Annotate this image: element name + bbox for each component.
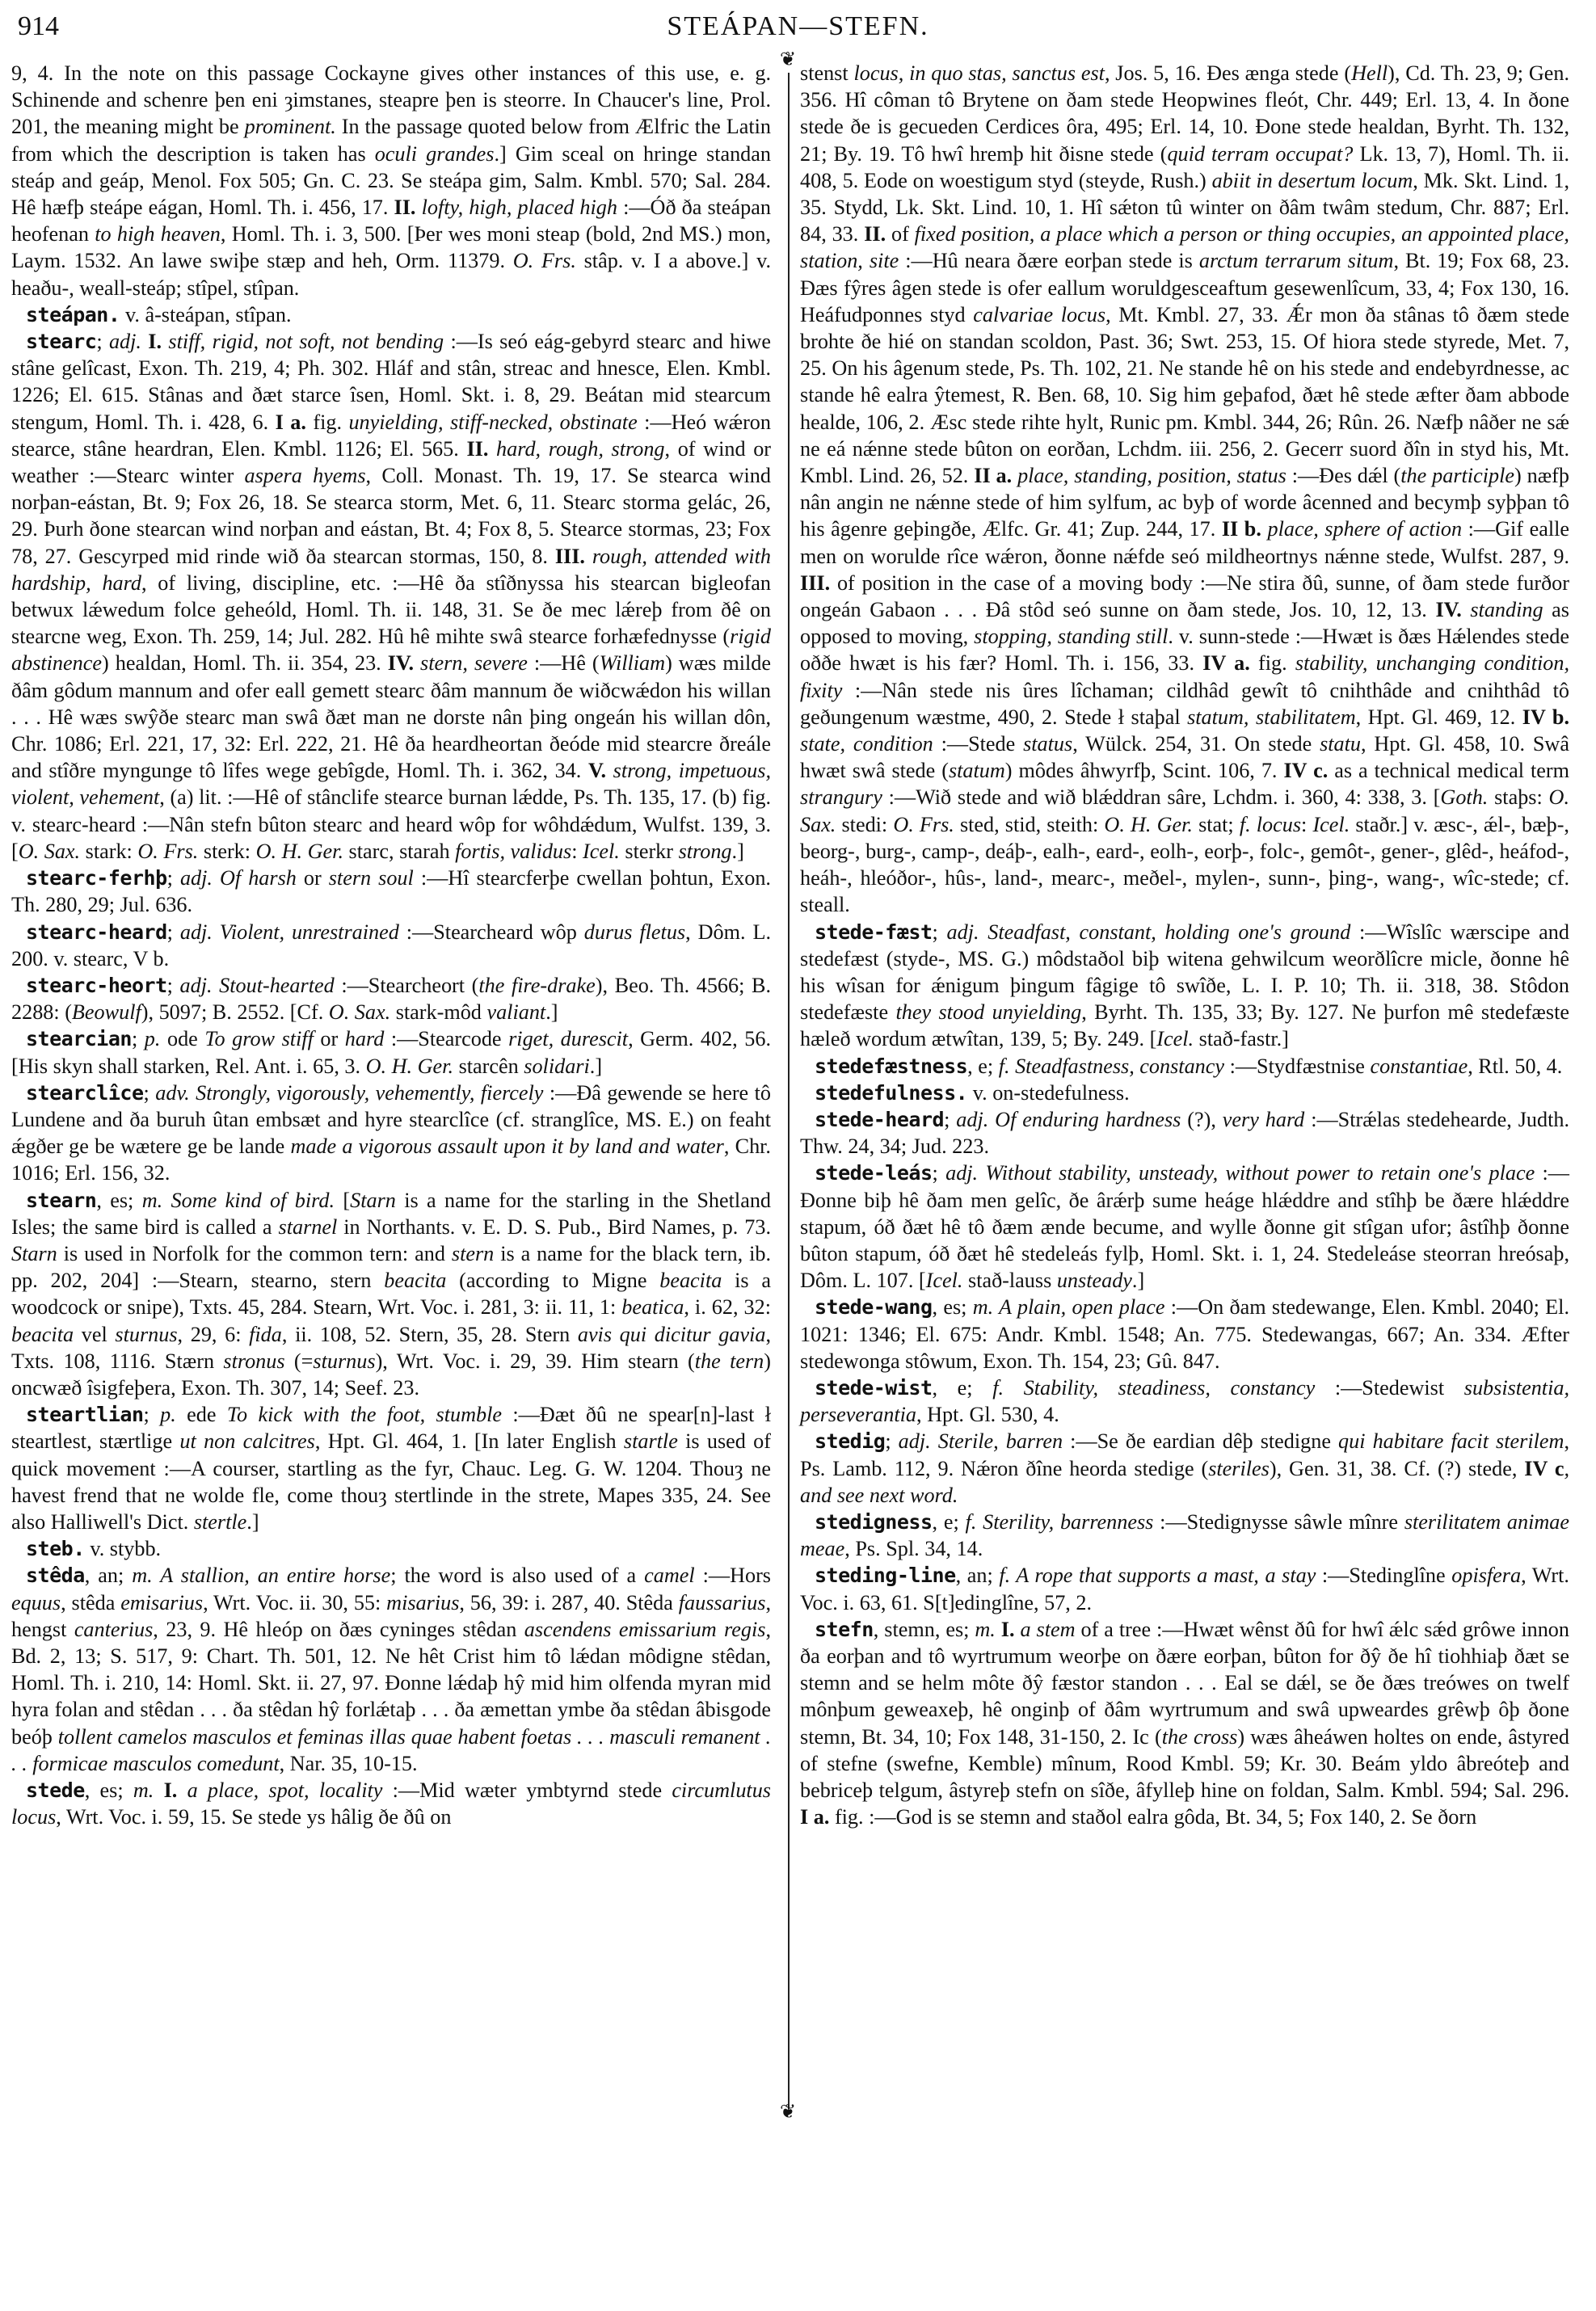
italic-gloss: stern (452, 1242, 494, 1265)
italic-gloss: riget, durescit (508, 1027, 628, 1050)
left-column: 9, 4. In the note on this passage Cockay… (11, 60, 771, 1830)
dictionary-entry: stefn, stemn, es; m. I. a stem of a tree… (800, 1616, 1569, 1831)
sense-number: I a. (800, 1805, 835, 1829)
entry-text: stark-môd (390, 1000, 486, 1024)
dictionary-entry: stedig; adj. Sterile, barren :—Se ðe ear… (800, 1428, 1569, 1509)
entry-text: , Rtl. 50, 4. (1468, 1054, 1562, 1078)
headword: stedefæstness (815, 1054, 967, 1078)
italic-gloss: ascendens emissarium regis (524, 1618, 766, 1641)
italic-gloss: stopping, standing still (974, 625, 1168, 648)
italic-gloss: unyielding, stiff-necked, obstinate (348, 410, 637, 434)
italic-gloss: oculi grandes (375, 142, 495, 166)
italic-gloss: adj. (109, 330, 141, 353)
entry-text: , Wülck. 254, 31. On stede (1072, 732, 1320, 756)
dictionary-entry: steding-line, an; f. A rope that support… (800, 1562, 1569, 1615)
italic-gloss: m. A stallion, an entire horse (132, 1564, 390, 1587)
italic-gloss: startle (624, 1429, 678, 1453)
italic-gloss: the cross (1162, 1725, 1238, 1749)
headword: stedig (815, 1429, 885, 1453)
italic-gloss: stronus (223, 1349, 284, 1373)
entry-text: ) môdes âhwyrfþ, Scint. 106, 7. (1005, 759, 1284, 782)
dictionary-entry: stede, es; m. I. a place, spot, locality… (11, 1777, 771, 1830)
dictionary-entry: stearc; adj. I. stiff, rigid, not soft, … (11, 328, 771, 865)
italic-gloss: f. locus (1240, 813, 1301, 836)
entry-text: :—Ðes dǽl ( (1286, 464, 1400, 487)
entry-text: is used in Norfolk for the common tern: … (57, 1242, 452, 1265)
dictionary-entry: stede-leás; adj. Without stability, unst… (800, 1160, 1569, 1294)
sense-number: II a. (974, 464, 1017, 487)
entry-text: , 23, 9. Hê hleóp on ðæs cyninges stêdan (153, 1618, 524, 1641)
entry-text: fig. :—God is se stemn and staðol ealra … (835, 1805, 1476, 1829)
sense-number: I. (148, 330, 168, 353)
entry-text: stað-fastr.] (1194, 1027, 1289, 1050)
italic-gloss: abiit in desertum locum (1212, 169, 1413, 192)
italic-gloss: the fire-drake (478, 974, 595, 997)
dictionary-entry: stede-wang, es; m. A plain, open place :… (800, 1294, 1569, 1374)
italic-gloss: prominent. (245, 115, 336, 138)
headword: stearcian (26, 1027, 132, 1050)
italic-gloss: status (1023, 732, 1072, 756)
column-ornament-bottom-icon: ❦ (780, 2103, 796, 2122)
column-divider (788, 73, 790, 2109)
headword: steápan. (26, 303, 120, 326)
entry-text: :—Hors (695, 1564, 771, 1587)
italic-gloss: To kick with the foot, stumble (227, 1403, 502, 1426)
italic-gloss: beacita (11, 1323, 74, 1346)
dictionary-entry: steb. v. stybb. (11, 1535, 771, 1562)
entry-text: , Jos. 5, 16. Ðes ænga stede ( (1105, 61, 1351, 85)
sense-number: IV a. (1202, 651, 1258, 675)
dictionary-entry: stedefulness. v. on-stedefulness. (800, 1080, 1569, 1106)
italic-gloss: emisarius (120, 1591, 203, 1614)
entry-text: , e; (933, 1510, 966, 1534)
entry-text: , e; (967, 1054, 999, 1078)
headword: stede-wang (815, 1295, 933, 1319)
italic-gloss: made a vigorous assault upon it by land … (290, 1134, 723, 1158)
headword: stedigness (815, 1510, 933, 1534)
entry-text: , Hpt. Gl. 464, 1. [In later English (315, 1429, 624, 1453)
entry-text: , Hpt. Gl. 469, 12. (1356, 705, 1522, 729)
entry-text: , e; (933, 1376, 993, 1400)
headword: stearclîce (26, 1081, 144, 1105)
italic-gloss: sturnus (115, 1323, 177, 1346)
dictionary-entry: stearc-heort; adj. Stout-hearted :—Stear… (11, 972, 771, 1025)
dictionary-entry: stearcian; p. ode To grow stiff or hard … (11, 1025, 771, 1079)
italic-gloss: stertle (194, 1510, 246, 1534)
italic-gloss: Starn (11, 1242, 57, 1265)
italic-gloss: p. (145, 1027, 161, 1050)
entry-text: ), 5097; B. 2552. [Cf. (141, 1000, 329, 1024)
entry-continuation: 9, 4. In the note on this passage Cockay… (11, 60, 771, 301)
italic-gloss: faussarius (679, 1591, 766, 1614)
entry-text: stedi: (836, 813, 893, 836)
headword: stearc-ferhþ (26, 866, 167, 890)
entry-text: :—Stydfæstnise (1224, 1054, 1370, 1078)
entry-text: (= (285, 1349, 314, 1373)
italic-gloss: m. Some kind of bird. (142, 1189, 335, 1212)
sense-number: III. (800, 571, 837, 595)
italic-gloss: place, standing, position, status (1017, 464, 1286, 487)
dictionary-entry: stearclîce; adv. Strongly, vigorously, v… (11, 1080, 771, 1187)
entry-text: , Ps. Spl. 34, 14. (844, 1537, 983, 1560)
entry-text: :—Stearcheort ( (335, 974, 479, 997)
entry-text: ), Wrt. Voc. i. 29, 39. Him stearn ( (376, 1349, 695, 1373)
italic-gloss: fida (249, 1323, 282, 1346)
sense-number: I. (164, 1779, 187, 1802)
italic-gloss: lofty, high, placed high (422, 196, 617, 219)
italic-gloss: to high heaven (95, 222, 221, 246)
italic-gloss: f. Sterility, barrenness (966, 1510, 1154, 1534)
entry-text: ; (167, 974, 180, 997)
entry-text: fig. (1258, 651, 1295, 675)
sense-number: III. (555, 545, 592, 568)
italic-gloss: strangury (800, 785, 882, 809)
entry-text: ede (176, 1403, 227, 1426)
italic-gloss: Beowulf (72, 1000, 141, 1024)
entry-text: .] (246, 1510, 259, 1534)
italic-gloss: O. H. Ger. (1104, 813, 1193, 836)
italic-gloss: To grow stiff (204, 1027, 314, 1050)
entry-text: , ii. 108, 52. Stern, 35, 28. Stern (282, 1323, 578, 1346)
italic-gloss: Icel. (1156, 1027, 1194, 1050)
entry-text: :—Wið stede and wið blǽddran sâre, Lchdm… (882, 785, 1441, 809)
entry-text: of (891, 222, 915, 246)
entry-text: .] (590, 1054, 602, 1078)
italic-gloss: adj. Sterile, barren (899, 1429, 1063, 1453)
entry-text: stat; (1193, 813, 1240, 836)
italic-gloss: Icel. (1312, 813, 1350, 836)
entry-text: , stêda (61, 1591, 120, 1614)
dictionary-entry: stêda, an; m. A stallion, an entire hors… (11, 1562, 771, 1777)
italic-gloss: strong (679, 840, 732, 863)
sense-number: IV c (1524, 1457, 1564, 1480)
entry-text: :—Hê ( (528, 651, 600, 675)
italic-gloss: Hell (1351, 61, 1388, 85)
dictionary-entry: steápan. v. â-steápan, stîpan. (11, 301, 771, 328)
entry-text: ; (885, 1429, 898, 1453)
italic-gloss: avis qui dicitur gavia (578, 1323, 766, 1346)
italic-gloss: O. Sax. (329, 1000, 390, 1024)
entry-text: v. on-stedefulness. (967, 1081, 1130, 1105)
entry-text: , Mt. Kmbl. 27, 33. Ǽr mon ða stânas tô … (800, 303, 1569, 487)
entry-text: starc, starah (343, 840, 455, 863)
italic-gloss: hard, rough, strong (496, 437, 664, 461)
italic-gloss: adj. Without stability, unsteady, withou… (945, 1161, 1535, 1185)
entry-text: sterkr (620, 840, 679, 863)
headword: steartlian (26, 1403, 144, 1426)
entry-text: :—Stearcode (384, 1027, 508, 1050)
italic-gloss: arctum terrarum situm (1199, 249, 1394, 272)
entry-text: , i. 62, 32: (684, 1295, 771, 1319)
italic-gloss: beatica (621, 1295, 684, 1319)
column-ornament-top-icon: ❦ (780, 50, 796, 69)
dictionary-entry: stedefæstness, e; f. Steadfastness, cons… (800, 1053, 1569, 1080)
italic-gloss: f. Stability, steadiness, constancy (992, 1376, 1315, 1400)
entry-text: ; (132, 1027, 145, 1050)
entry-text: :—Stearcheard wôp (399, 920, 584, 944)
italic-gloss: statum, stabilitatem (1187, 705, 1356, 729)
sense-number: IV c. (1283, 759, 1334, 782)
italic-gloss: constantiae (1370, 1054, 1468, 1078)
italic-gloss: Icel. (926, 1269, 963, 1292)
entry-text: as a technical medical term (1334, 759, 1569, 782)
italic-gloss: adj. Of harsh (180, 866, 297, 890)
italic-gloss: adj. Of enduring hardness (956, 1108, 1181, 1131)
entry-text: (?), (1181, 1108, 1222, 1131)
dictionary-entry: stede-fæst; adj. Steadfast, constant, ho… (800, 919, 1569, 1053)
sense-number: II b. (1222, 517, 1268, 541)
headword: stearc-heard (26, 920, 167, 944)
entry-text: :—Stede (933, 732, 1023, 756)
italic-gloss: O. H. Ger. (366, 1054, 453, 1078)
italic-gloss: valiant (486, 1000, 545, 1024)
entry-text: stað-lauss (962, 1269, 1056, 1292)
sense-number: V. (588, 759, 613, 782)
entry-text: :—Mid wæter ymbtyrnd stede (382, 1779, 672, 1802)
entry-text: v. â-steápan, stîpan. (120, 303, 291, 326)
dictionary-entry: stearn, es; m. Some kind of bird. [Starn… (11, 1187, 771, 1402)
italic-gloss: fortis, validus (455, 840, 571, 863)
entry-text: ), Gen. 31, 38. Cf. (?) stede, (1270, 1457, 1524, 1480)
italic-gloss: starnel (279, 1215, 338, 1239)
italic-gloss: solidari (524, 1054, 590, 1078)
italic-gloss: hard (345, 1027, 385, 1050)
entry-text: :—Stedewist (1315, 1376, 1464, 1400)
entry-text: .] (732, 840, 744, 863)
entry-text: ) healdan, Homl. Th. ii. 354, 23. (102, 651, 388, 675)
entry-text: , es; (933, 1295, 973, 1319)
headword: stede-heard (815, 1108, 944, 1131)
entry-text: vel (74, 1323, 115, 1346)
sense-number: II. (466, 437, 496, 461)
entry-text: , Wrt. Voc. ii. 30, 55: (203, 1591, 386, 1614)
entry-text: : (571, 840, 583, 863)
entry-text: v. stybb. (85, 1537, 161, 1560)
sense-number: I. (1001, 1618, 1021, 1641)
headword: stede-wist (815, 1376, 933, 1400)
entry-text (154, 1779, 163, 1802)
headword: stêda (26, 1564, 85, 1587)
italic-gloss: O. Frs. (893, 813, 954, 836)
italic-gloss: f. Steadfastness, constancy (999, 1054, 1224, 1078)
italic-gloss: O. Frs. (513, 249, 576, 272)
dictionary-entry: stede-wist, e; f. Stability, steadiness,… (800, 1374, 1569, 1428)
italic-gloss: adj. Stout-hearted (180, 974, 335, 997)
italic-gloss: steriles (1208, 1457, 1270, 1480)
italic-gloss: Icel. (583, 840, 620, 863)
headword: stede-leás (815, 1161, 933, 1185)
headword: steding-line (815, 1564, 956, 1587)
entry-text: fig. (313, 410, 348, 434)
entry-text: ; (96, 330, 109, 353)
entry-text: , an; (85, 1564, 132, 1587)
entry-continuation: stenst locus, in quo stas, sanctus est, … (800, 60, 1569, 919)
italic-gloss: adj. Violent, unrestrained (180, 920, 399, 944)
entry-text: :—Stedinglîne (1316, 1564, 1451, 1587)
italic-gloss: unsteady (1057, 1269, 1132, 1292)
headword: stearc-heort (26, 974, 167, 997)
italic-gloss: Starn (350, 1189, 396, 1212)
italic-gloss: m. (975, 1618, 995, 1641)
italic-gloss: p. (160, 1403, 176, 1426)
entry-text: , Nar. 35, 10-15. (280, 1752, 418, 1775)
italic-gloss: camel (644, 1564, 695, 1587)
entry-text: sterk: (198, 840, 255, 863)
italic-gloss: m. (133, 1779, 154, 1802)
entry-text: :—Hû neara ðære eorþan stede is (899, 249, 1199, 272)
entry-text: .] (545, 1000, 558, 1024)
entry-text: .] (1132, 1269, 1144, 1292)
entry-text: stark: (80, 840, 137, 863)
entry-text: ; (944, 1108, 956, 1131)
italic-gloss: m. A plain, open place (973, 1295, 1165, 1319)
italic-gloss: statum (949, 759, 1005, 782)
entry-text: starcên (453, 1054, 524, 1078)
italic-gloss: misarius (386, 1591, 459, 1614)
entry-text: , es; (96, 1189, 141, 1212)
dictionary-entry: steartlian; p. ede To kick with the foot… (11, 1401, 771, 1535)
italic-gloss: a stem (1020, 1618, 1075, 1641)
italic-gloss: durus fletus (584, 920, 685, 944)
italic-gloss: quid terram occupat? (1167, 142, 1353, 166)
entry-text: , an; (956, 1564, 1000, 1587)
entry-text: , 56, 39: i. 287, 40. Stêda (459, 1591, 678, 1614)
headword: stedefulness. (815, 1081, 967, 1105)
italic-gloss: equus (11, 1591, 61, 1614)
italic-gloss: calvariae locus (973, 303, 1105, 326)
headword: stearn (26, 1189, 96, 1212)
dictionary-entry: stearc-ferhþ; adj. Of harsh or stern sou… (11, 865, 771, 918)
italic-gloss: place, sphere of action (1267, 517, 1462, 541)
entry-text: staþs: (1488, 785, 1548, 809)
italic-gloss: beacita (659, 1269, 722, 1292)
italic-gloss: opisfera (1451, 1564, 1521, 1587)
dictionary-entry: stede-heard; adj. Of enduring hardness (… (800, 1106, 1569, 1160)
italic-gloss: William (600, 651, 665, 675)
entry-text: stenst (800, 61, 853, 85)
sense-number: I a. (276, 410, 314, 434)
italic-gloss: adj. Steadfast, constant, holding one's … (947, 920, 1351, 944)
italic-gloss: qui habitare facit sterilem (1338, 1429, 1564, 1453)
italic-gloss: stern soul (329, 866, 414, 890)
entry-text: ; (933, 1161, 946, 1185)
entry-text: or (314, 1027, 345, 1050)
headword: stearc (26, 330, 96, 353)
italic-gloss: state, condition (800, 732, 933, 756)
right-column: stenst locus, in quo stas, sanctus est, … (800, 60, 1569, 1830)
entry-text: (according to Migne (446, 1269, 659, 1292)
italic-gloss: O. Sax. (19, 840, 80, 863)
dictionary-entry: stedigness, e; f. Sterility, barrenness … (800, 1509, 1569, 1562)
italic-gloss: the tern (695, 1349, 764, 1373)
sense-number: IV. (1435, 598, 1470, 621)
italic-gloss: adv. Strongly, vigorously, vehemently, f… (155, 1081, 543, 1105)
italic-gloss: O. Frs. (137, 840, 198, 863)
entry-text: ; (144, 1081, 156, 1105)
entry-text: :—Stedignysse sâwle mînre (1153, 1510, 1404, 1534)
headword: stede-fæst (815, 920, 933, 944)
entry-text: sted, stid, steith: (954, 813, 1105, 836)
italic-gloss: O. H. Ger. (256, 840, 343, 863)
sense-number: IV b. (1522, 705, 1569, 729)
italic-gloss: ut non calcitres (179, 1429, 314, 1453)
italic-gloss: canterius (74, 1618, 153, 1641)
entry-text: ode (160, 1027, 204, 1050)
italic-gloss: a place, spot, locality (187, 1779, 383, 1802)
entry-text (996, 1618, 1001, 1641)
entry-text: , Wrt. Voc. i. 59, 15. Se stede ys hâlig… (56, 1805, 451, 1829)
entry-text: : (1301, 813, 1312, 836)
italic-gloss: Goth. (1440, 785, 1488, 809)
italic-gloss: very hard (1223, 1108, 1304, 1131)
italic-gloss: locus, in quo stas, sanctus est (853, 61, 1104, 85)
italic-gloss: stiff, rigid, not soft, not bending (168, 330, 444, 353)
headword: stefn (815, 1618, 874, 1641)
italic-gloss: sturnus (313, 1349, 375, 1373)
italic-gloss: aspera hyems (245, 464, 366, 487)
headword: steb. (26, 1537, 85, 1560)
entry-text: or (297, 866, 329, 890)
entry-text: , stemn, es; (874, 1618, 975, 1641)
sense-number: II. (394, 196, 422, 219)
entry-text: :—Se ðe eardian dêþ stedigne (1063, 1429, 1338, 1453)
italic-gloss: standing (1470, 598, 1543, 621)
italic-gloss: statu (1320, 732, 1361, 756)
entry-text: ; (144, 1403, 161, 1426)
sense-number: II. (864, 222, 891, 246)
italic-gloss: they stood unyielding (895, 1000, 1081, 1024)
running-head: STEÁPAN—STEFN. (0, 11, 1596, 42)
entry-text: , Hpt. Gl. 530, 4. (916, 1403, 1059, 1426)
dictionary-entry: stearc-heard; adj. Violent, unrestrained… (11, 919, 771, 972)
entry-text: ; the word is also used of a (390, 1564, 644, 1587)
entry-text: [ (335, 1189, 350, 1212)
sense-number: IV. (388, 651, 420, 675)
entry-text: ; (167, 866, 180, 890)
italic-gloss: stern, severe (420, 651, 528, 675)
entry-text: ; (933, 920, 947, 944)
italic-gloss: f. A rope that supports a mast, a stay (999, 1564, 1316, 1587)
entry-text: , es; (85, 1779, 133, 1802)
entry-text: in Northants. v. E. D. S. Pub., Bird Nam… (337, 1215, 771, 1239)
entry-text: , 29, 6: (178, 1323, 250, 1346)
headword: stede (26, 1779, 85, 1802)
italic-gloss: the participle (1400, 464, 1514, 487)
italic-gloss: beacita (384, 1269, 446, 1292)
page-header: 914 STEÁPAN—STEFN. (0, 11, 1596, 52)
entry-text: ; (167, 920, 180, 944)
